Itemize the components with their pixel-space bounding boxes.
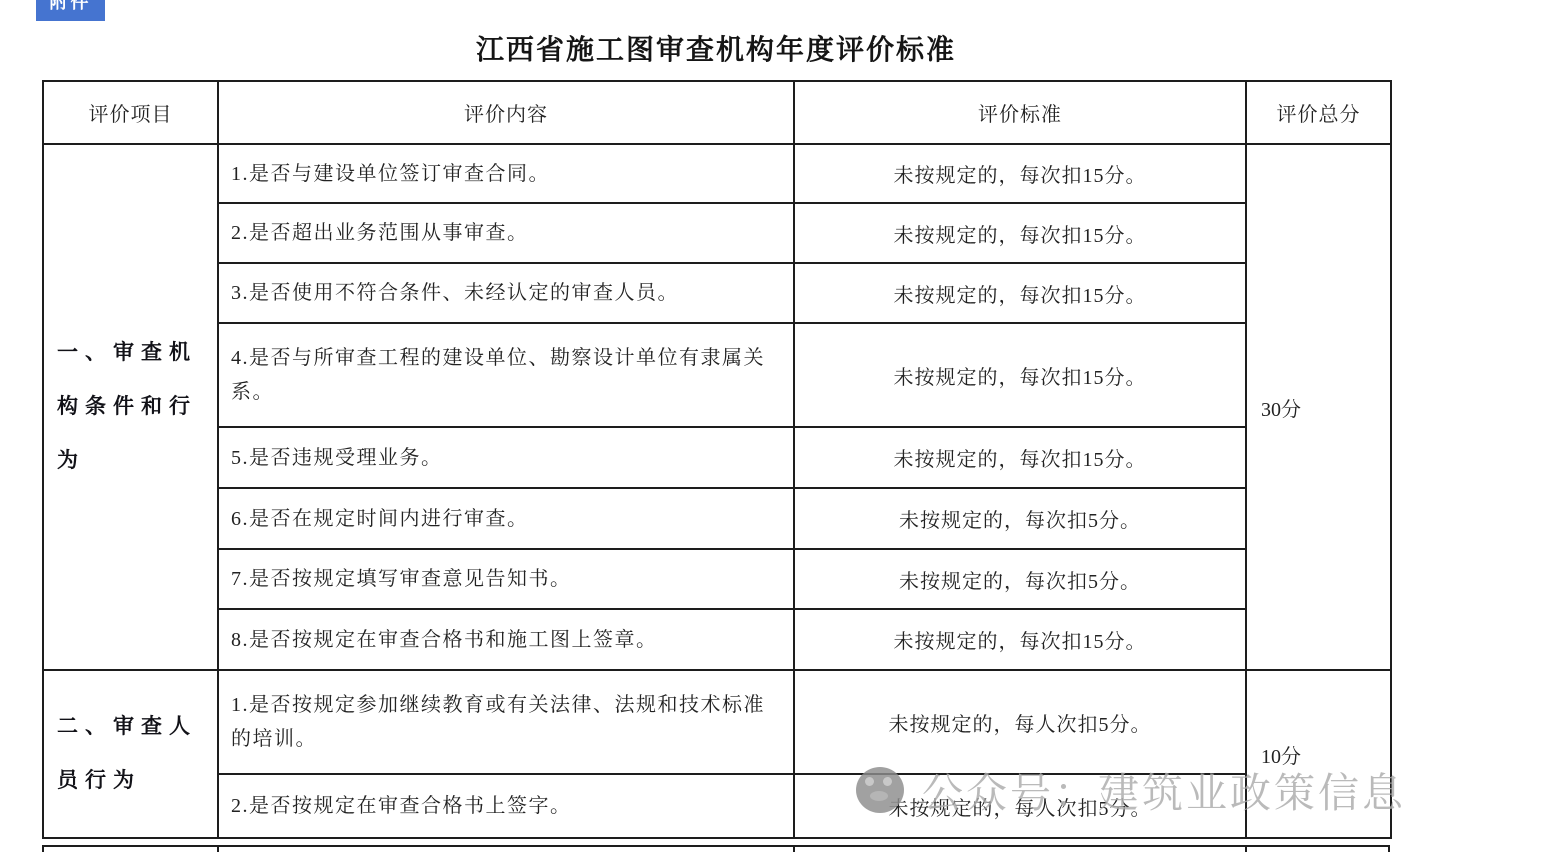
table-row: 4.是否与所审查工程的建设单位、勘察设计单位有隶属关系。未按规定的，每次扣15分…: [43, 323, 1391, 427]
document-page: 附件 江西省施工图审查机构年度评价标准 评价项目 评价内容 评价标准 评价总分 …: [0, 0, 1552, 852]
table-row: 2.是否按规定在审查合格书上签字。未按规定的，每人次扣5分。: [43, 774, 1391, 838]
content-cell: 8.是否按规定在审查合格书和施工图上签章。: [218, 609, 794, 670]
table-row: 8.是否按规定在审查合格书和施工图上签章。未按规定的，每次扣15分。: [43, 609, 1391, 670]
standard-cell: 未按规定的，每次扣15分。: [794, 263, 1246, 323]
standard-cell: 未按规定的，每次扣15分。: [794, 609, 1246, 670]
next-table-fragment: [42, 845, 1390, 852]
standard-cell: 未按规定的，每次扣15分。: [794, 203, 1246, 263]
col-header-item: 评价项目: [43, 81, 218, 144]
table-row: 3.是否使用不符合条件、未经认定的审查人员。未按规定的，每次扣15分。: [43, 263, 1391, 323]
standard-cell: 未按规定的，每人次扣5分。: [794, 774, 1246, 838]
section-item-cell: 一、审查机构条件和行为: [43, 144, 218, 670]
col-header-content: 评价内容: [218, 81, 794, 144]
content-cell: 4.是否与所审查工程的建设单位、勘察设计单位有隶属关系。: [218, 323, 794, 427]
standard-cell: 未按规定的，每次扣5分。: [794, 549, 1246, 609]
content-cell: 6.是否在规定时间内进行审查。: [218, 488, 794, 549]
standard-cell: 未按规定的，每次扣5分。: [794, 488, 1246, 549]
content-cell: 1.是否与建设单位签订审查合同。: [218, 144, 794, 203]
standard-cell: 未按规定的，每次扣15分。: [794, 323, 1246, 427]
total-score-cell: 10分: [1246, 670, 1391, 838]
table-header-row: 评价项目 评价内容 评价标准 评价总分: [43, 81, 1391, 144]
standard-cell: 未按规定的，每次扣15分。: [794, 427, 1246, 488]
table-row: 6.是否在规定时间内进行审查。未按规定的，每次扣5分。: [43, 488, 1391, 549]
section-item-cell: 二、审查人员行为: [43, 670, 218, 838]
col-header-total: 评价总分: [1246, 81, 1391, 144]
standard-cell: 未按规定的，每次扣15分。: [794, 144, 1246, 203]
content-cell: 2.是否超出业务范围从事审查。: [218, 203, 794, 263]
table-row: 5.是否违规受理业务。未按规定的，每次扣15分。: [43, 427, 1391, 488]
content-cell: 7.是否按规定填写审查意见告知书。: [218, 549, 794, 609]
content-cell: 1.是否按规定参加继续教育或有关法律、法规和技术标准的培训。: [218, 670, 794, 774]
page-title: 江西省施工图审查机构年度评价标准: [42, 28, 1390, 68]
content-cell: 3.是否使用不符合条件、未经认定的审查人员。: [218, 263, 794, 323]
table-row: 二、审查人员行为1.是否按规定参加继续教育或有关法律、法规和技术标准的培训。未按…: [43, 670, 1391, 774]
table-row: 一、审查机构条件和行为1.是否与建设单位签订审查合同。未按规定的，每次扣15分。…: [43, 144, 1391, 203]
evaluation-table: 评价项目 评价内容 评价标准 评价总分 一、审查机构条件和行为1.是否与建设单位…: [42, 80, 1392, 839]
attachment-badge-label: 附件: [50, 0, 92, 21]
table-row: 7.是否按规定填写审查意见告知书。未按规定的，每次扣5分。: [43, 549, 1391, 609]
content-cell: 2.是否按规定在审查合格书上签字。: [218, 774, 794, 838]
standard-cell: 未按规定的，每人次扣5分。: [794, 670, 1246, 774]
total-score-cell: 30分: [1246, 144, 1391, 670]
attachment-badge: 附件: [36, 0, 105, 21]
table-row: 2.是否超出业务范围从事审查。未按规定的，每次扣15分。: [43, 203, 1391, 263]
content-cell: 5.是否违规受理业务。: [218, 427, 794, 488]
col-header-standard: 评价标准: [794, 81, 1246, 144]
